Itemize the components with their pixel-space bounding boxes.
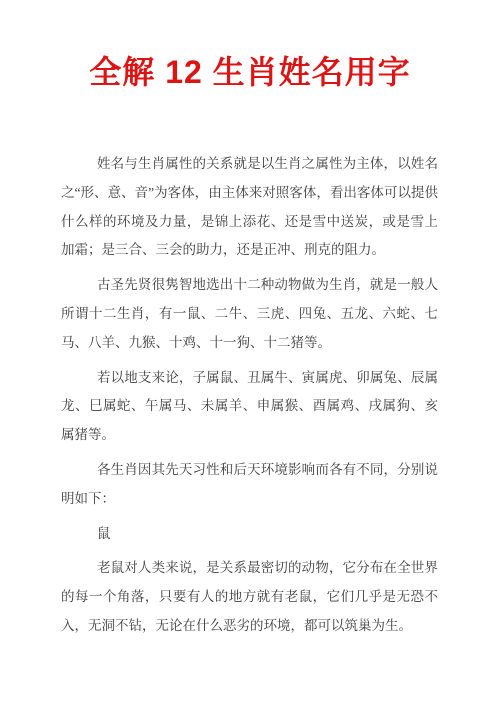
- paragraph-earthly-branches: 若以地支来论，子属鼠、丑属牛、寅属虎、卯属兔、辰属龙、巳属蛇、午属马、未属羊、申…: [61, 364, 438, 450]
- document-page: 全解 12 生肖姓名用字 姓名与生肖属性的关系就是以生肖之属性为主体，以姓名之“…: [0, 0, 500, 708]
- document-title: 全解 12 生肖姓名用字: [0, 52, 500, 92]
- paragraph-twelve-animals: 古圣先贤很隽智地选出十二种动物做为生肖，就是一般人所谓十二生肖，有一鼠、二牛、三…: [61, 271, 438, 357]
- document-body: 姓名与生肖属性的关系就是以生肖之属性为主体，以姓名之“形、意、音”为客体，由主体…: [61, 150, 438, 647]
- paragraph-rat-description: 老鼠对人类来说，是关系最密切的动物，它分布在全世界的每一个角落，只要有人的地方就…: [61, 554, 438, 640]
- paragraph-explain-below: 各生肖因其先天习性和后天环境影响而各有不同，分别说明如下：: [61, 456, 438, 514]
- section-heading-rat: 鼠: [61, 520, 438, 549]
- paragraph-intro-relationship: 姓名与生肖属性的关系就是以生肖之属性为主体，以姓名之“形、意、音”为客体，由主体…: [61, 150, 438, 265]
